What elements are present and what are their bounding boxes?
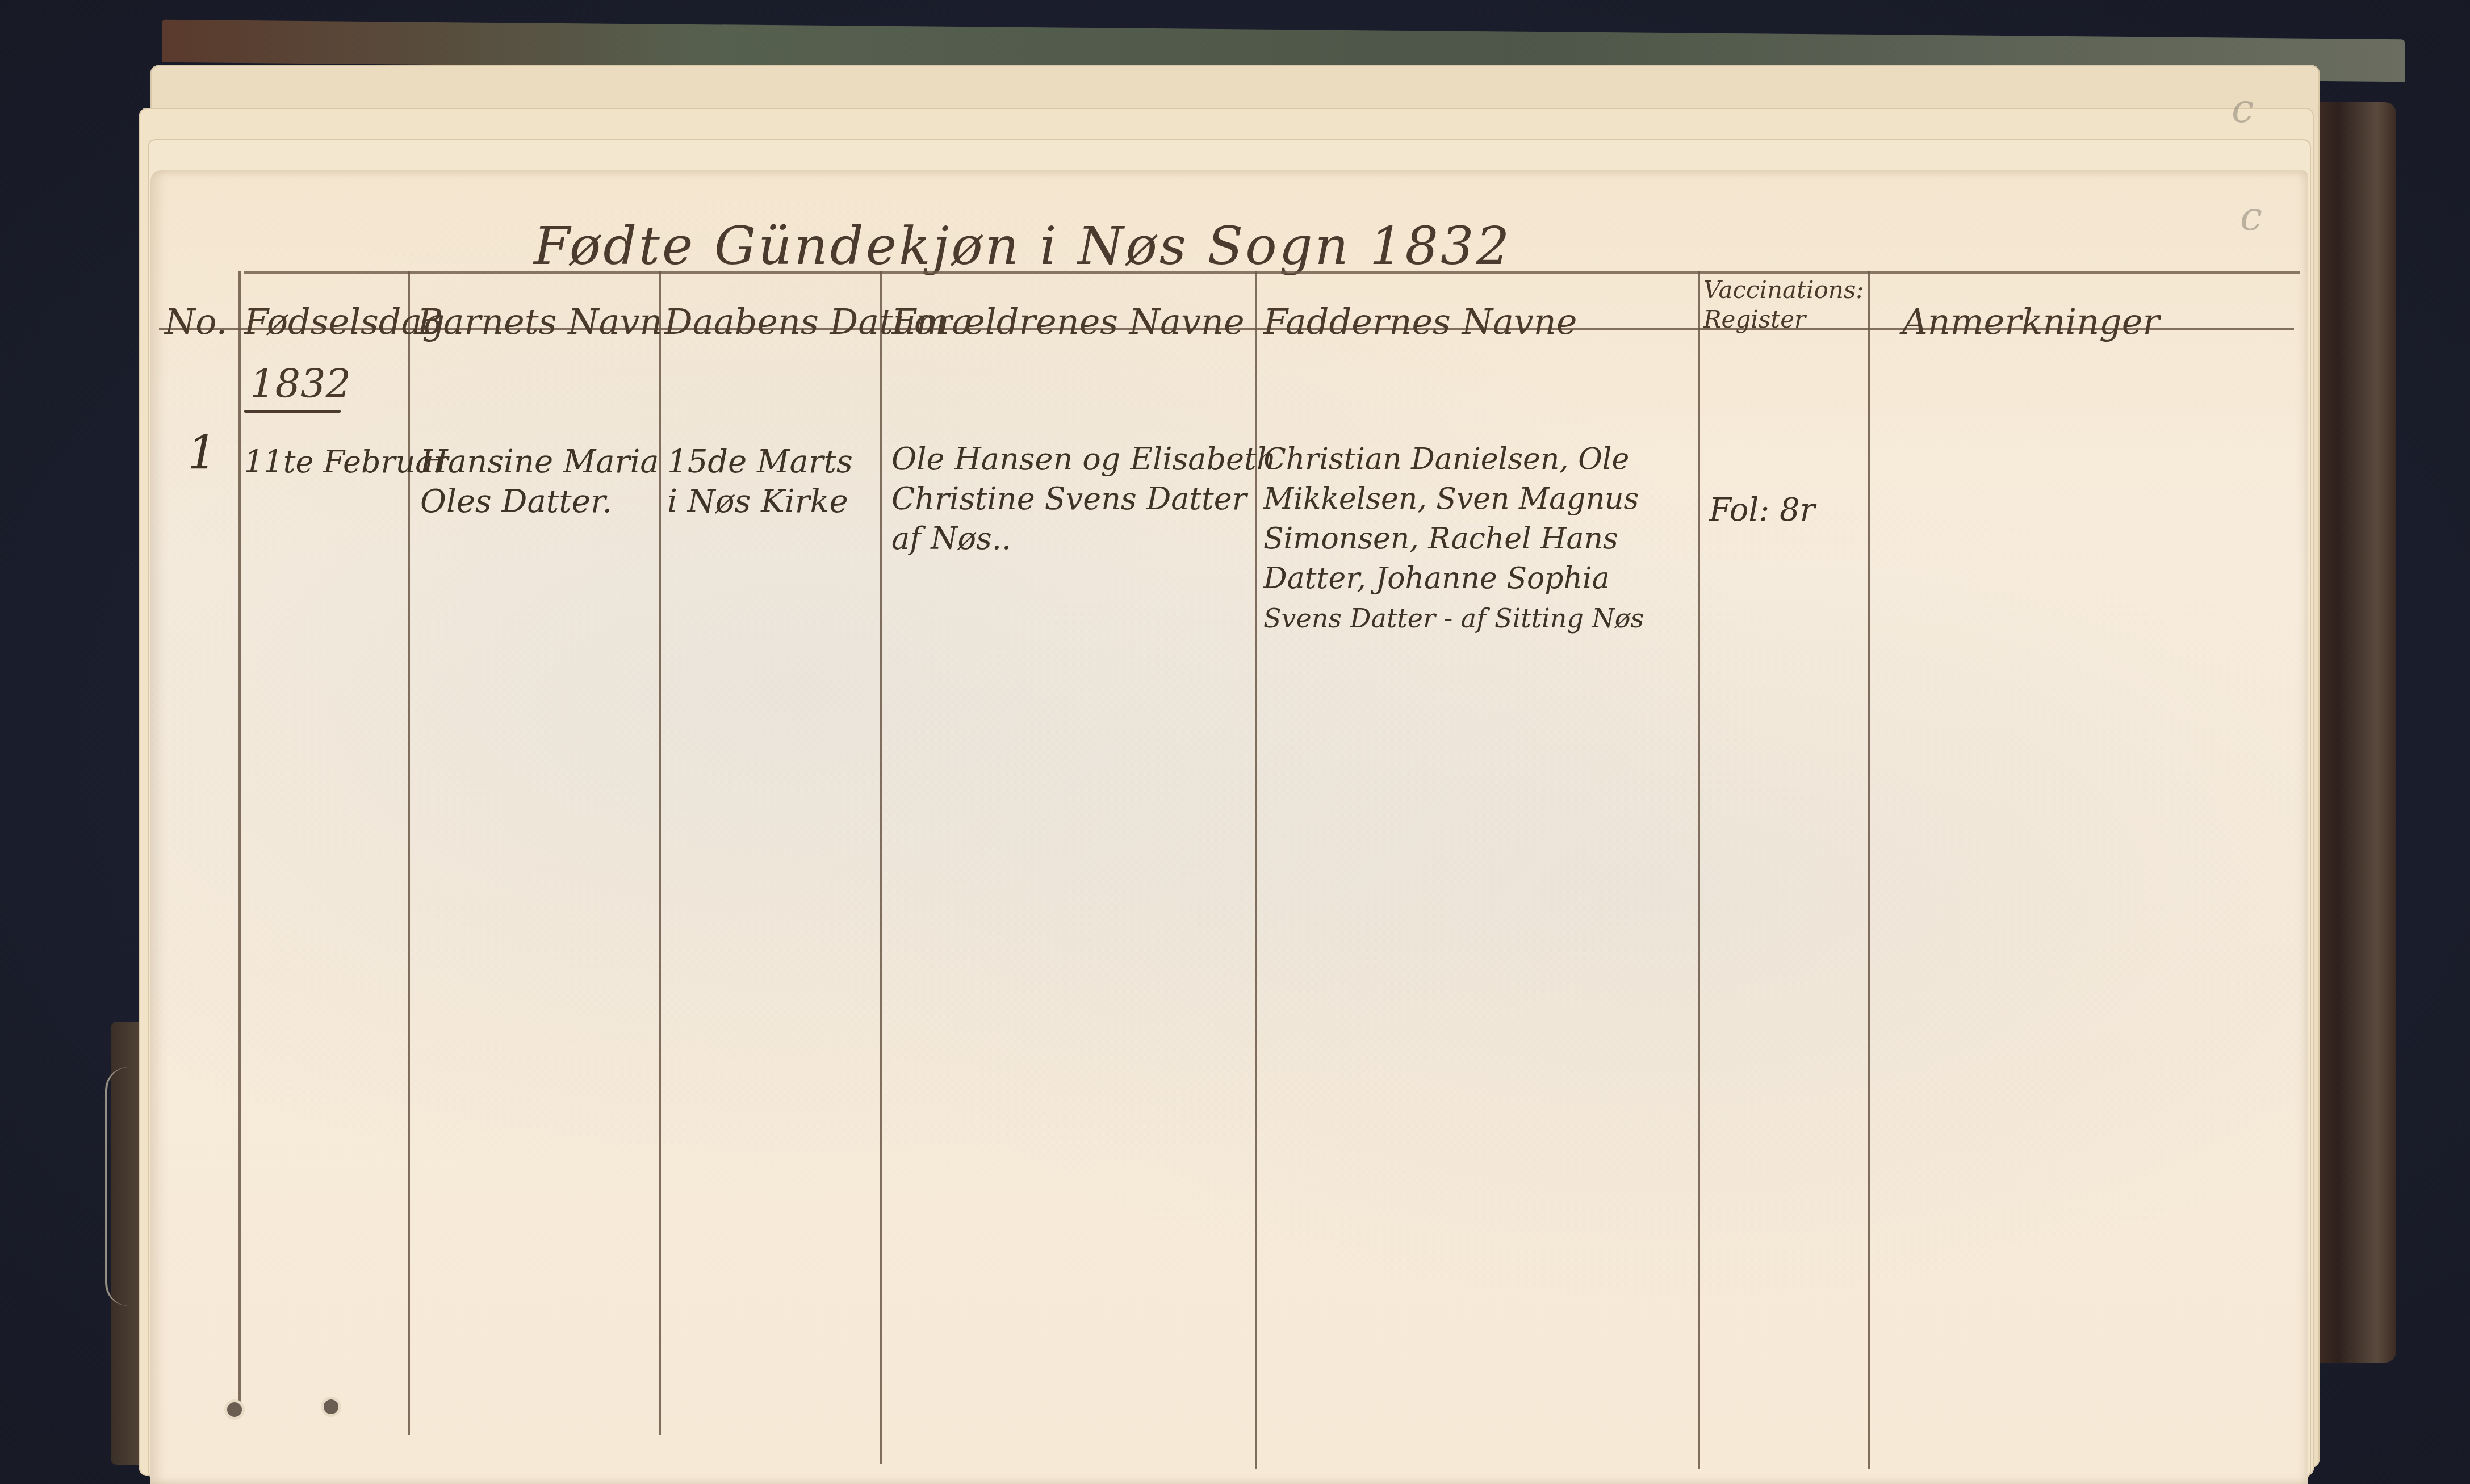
parents-line: Christine Svens Datter: [891, 477, 1247, 521]
column-divider: [1698, 271, 1700, 1469]
register-page: [150, 170, 2308, 1484]
godparents-line: Simonsen, Rachel Hans: [1263, 517, 1618, 561]
column-header-birth-date: Fødselsdag: [244, 301, 445, 342]
column-header-parents: Forældrenes Navne: [891, 301, 1245, 342]
column-header-child-name: Barnets Navn: [417, 301, 662, 342]
godparents-line: Datter, Johanne Sophia: [1263, 556, 1610, 601]
column-header-remarks: Anmerkninger: [1902, 301, 2159, 342]
godparents-line: Mikkelsen, Sven Magnus: [1263, 477, 1639, 521]
baptism-place-line: i Nøs Kirke: [667, 480, 848, 524]
binding-hole: [324, 1399, 338, 1414]
column-header-no: No.: [165, 301, 227, 342]
child-name-line: Hansine Maria: [420, 440, 659, 484]
binding-hole: [227, 1402, 242, 1417]
column-header-godparents: Faddernes Navne: [1263, 301, 1577, 342]
margin-mark: c: [2240, 193, 2262, 240]
entry-number: 1: [187, 431, 217, 476]
column-header-vaccination: Vaccinations: Register: [1703, 275, 1862, 334]
column-divider: [880, 271, 882, 1464]
column-divider: [1868, 271, 1870, 1469]
child-name-line: Oles Datter.: [420, 480, 612, 524]
title-rule: [244, 271, 2300, 274]
parents-line: af Nøs..: [891, 517, 1011, 561]
baptism-date-line: 15de Marts: [667, 440, 853, 484]
page-title: Fødte Gündekjøn i Nøs Sogn 1832: [534, 216, 1512, 276]
column-header-year: 1832: [250, 360, 351, 407]
year-underline: [244, 410, 341, 413]
margin-mark: c: [2232, 85, 2254, 132]
parents-line: Ole Hansen og Elisabeth: [891, 437, 1276, 481]
birth-date: 11te Februar: [244, 440, 448, 484]
vaccination-register-ref: Fol: 8r: [1709, 488, 1815, 533]
column-divider: [238, 271, 241, 1418]
godparents-line: Svens Datter - af Sitting Nøs: [1263, 596, 1644, 640]
binding-thread: [105, 1067, 141, 1306]
godparents-line: Christian Danielsen, Ole: [1263, 437, 1629, 481]
